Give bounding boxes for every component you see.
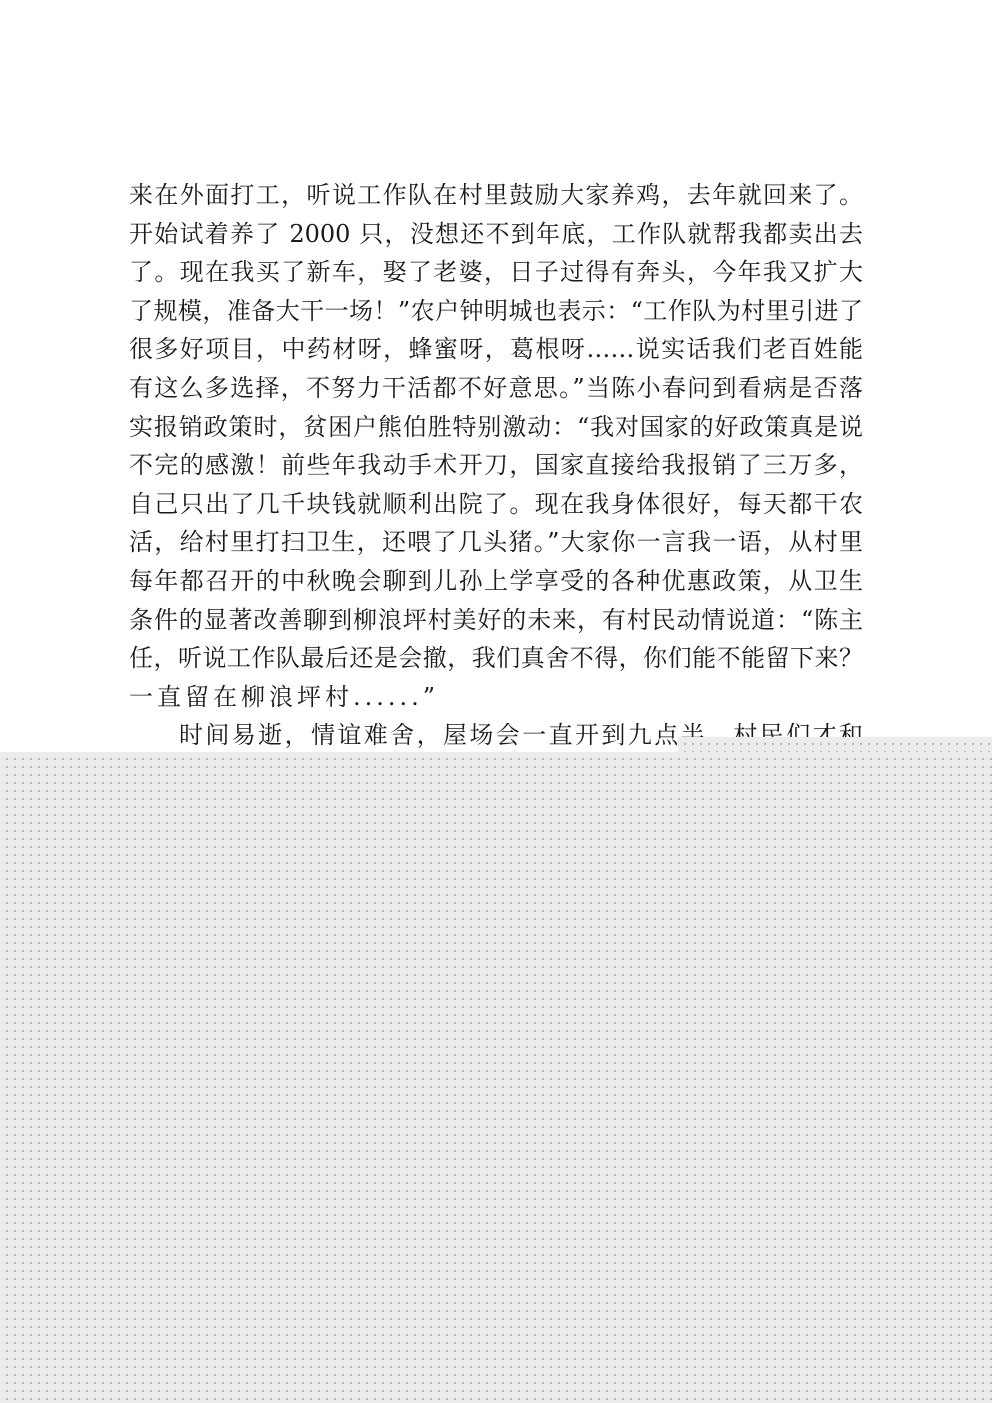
text-line-4: 了规模，准备大干一场！”农户钟明城也表示：“工作队为村里引进了 bbox=[129, 292, 863, 331]
text-line-3: 了。现在我买了新车，娶了老婆，日子过得有奔头，今年我又扩大 bbox=[129, 253, 863, 292]
text-line-8: 不完的感激！前些年我动手术开刀，国家直接给我报销了三万多， bbox=[129, 446, 863, 485]
text-line-9: 自己只出了几千块钱就顺利出院了。现在我身体很好，每天都干农 bbox=[129, 485, 863, 524]
dotted-mask-region bbox=[0, 752, 992, 1403]
text-line-7: 实报销政策时，贫困户熊伯胜特别激动：“我对国家的好政策真是说 bbox=[129, 408, 863, 447]
dotted-mask-notch bbox=[678, 737, 992, 753]
text-line-13: 任，听说工作队最后还是会撤，我们真舍不得，你们能不能留下来？ bbox=[129, 639, 863, 678]
text-line-12: 条件的显著改善聊到柳浪坪村美好的未来，有村民动情说道：“陈主 bbox=[129, 601, 863, 640]
text-line-5: 很多好项目，中药材呀，蜂蜜呀，葛根呀……说实话我们老百姓能 bbox=[129, 330, 863, 369]
text-line-1: 来在外面打工，听说工作队在村里鼓励大家养鸡，去年就回来了。 bbox=[129, 176, 863, 215]
text-line-6: 有这么多选择，不努力干活都不好意思。”当陈小春问到看病是否落 bbox=[129, 369, 863, 408]
text-line-11: 每年都召开的中秋晚会聊到儿孙上学享受的各种优惠政策，从卫生 bbox=[129, 562, 863, 601]
text-line-14: 一直留在柳浪坪村......” bbox=[129, 678, 863, 717]
body-text: 来在外面打工，听说工作队在村里鼓励大家养鸡，去年就回来了。 开始试着养了 200… bbox=[129, 176, 863, 755]
document-page: 来在外面打工，听说工作队在村里鼓励大家养鸡，去年就回来了。 开始试着养了 200… bbox=[0, 0, 992, 1403]
text-line-2: 开始试着养了 2000 只，没想还不到年底，工作队就帮我都卖出去 bbox=[129, 215, 863, 254]
text-line-10: 活，给村里打扫卫生，还喂了几头猪。”大家你一言我一语，从村里 bbox=[129, 523, 863, 562]
